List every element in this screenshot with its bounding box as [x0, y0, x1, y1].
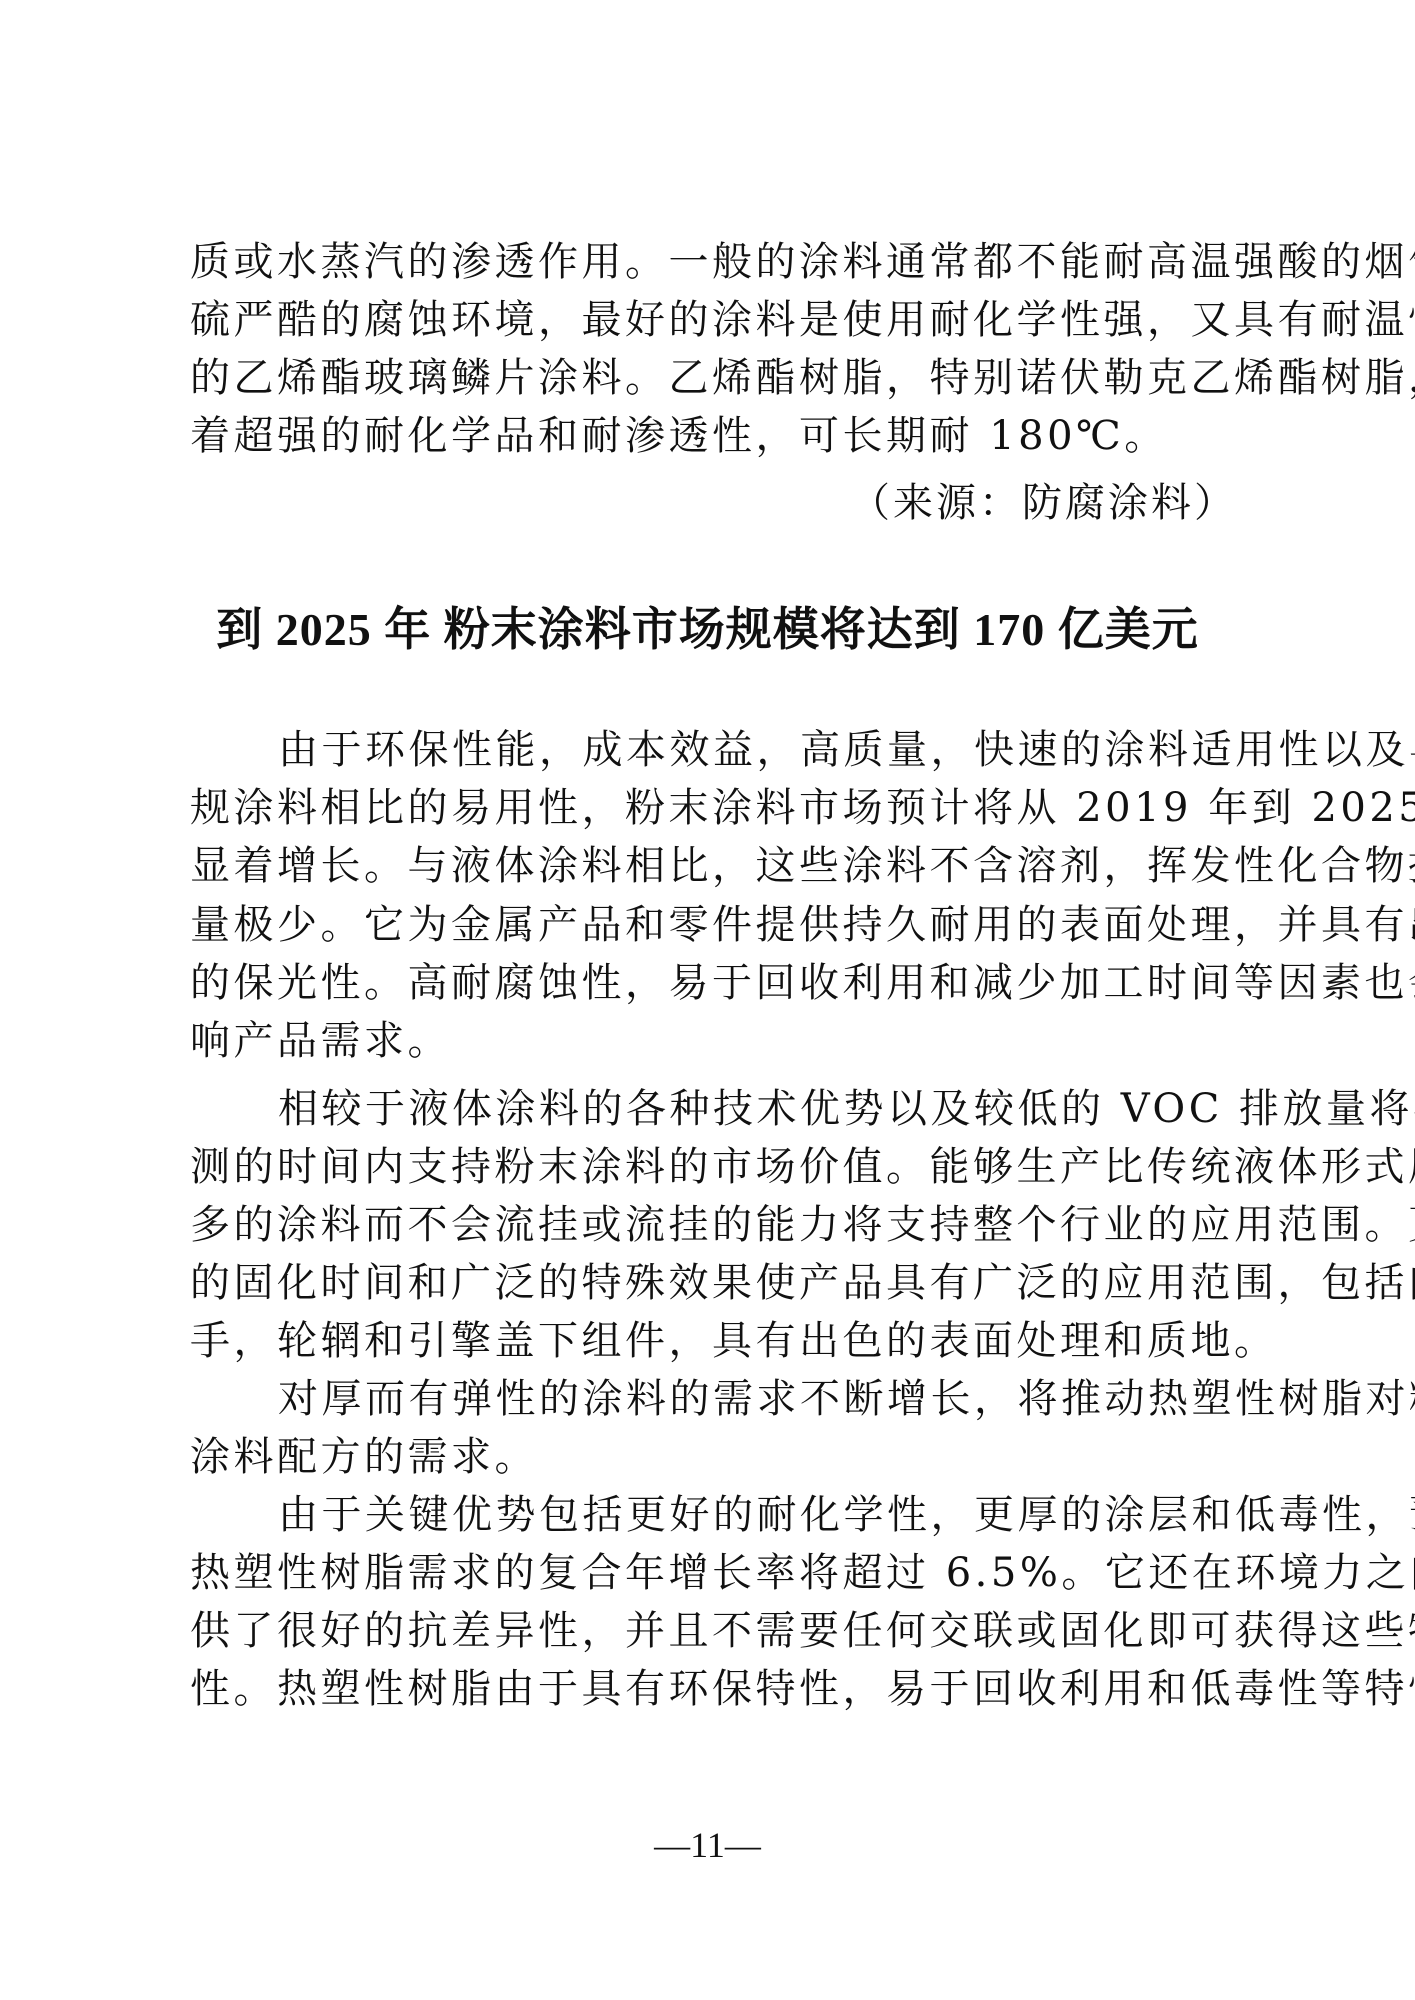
- paragraph-line: 的保光性。高耐腐蚀性，易于回收利用和减少加工时间等因素也会影: [190, 954, 1240, 1012]
- paragraph-line: 由于关键优势包括更好的耐化学性，更厚的涂层和低毒性，预计: [190, 1486, 1240, 1544]
- page-number: —11—: [0, 1825, 1415, 1865]
- paragraph-line: 涂料配方的需求。: [190, 1428, 1240, 1486]
- paragraph-line: 响产品需求。: [190, 1012, 1240, 1070]
- document-page: 质或水蒸汽的渗透作用。一般的涂料通常都不能耐高温强酸的烟气脱 硫严酷的腐蚀环境，…: [0, 0, 1415, 2000]
- paragraph-line: 供了很好的抗差异性，并且不需要任何交联或固化即可获得这些特: [190, 1602, 1240, 1660]
- paragraph-line: 的乙烯酯玻璃鳞片涂料。乙烯酯树脂，特别诺伏勒克乙烯酯树脂，有: [190, 349, 1240, 407]
- paragraph-line: 由于环保性能，成本效益，高质量，快速的涂料适用性以及与常: [190, 721, 1240, 779]
- paragraph-line: 相较于液体涂料的各种技术优势以及较低的 VOC 排放量将在预: [190, 1080, 1240, 1138]
- paragraph-line: 手，轮辋和引擎盖下组件，具有出色的表面处理和质地。: [190, 1312, 1240, 1370]
- paragraph-line: 硫严酷的腐蚀环境，最好的涂料是使用耐化学性强，又具有耐温性能: [190, 291, 1240, 349]
- paragraph-line: 测的时间内支持粉末涂料的市场价值。能够生产比传统液体形式厚得: [190, 1138, 1240, 1196]
- article-title: 到 2025 年 粉末涂料市场规模将达到 170 亿美元: [0, 600, 1415, 660]
- paragraph-line: 性。热塑性树脂由于具有环保特性，易于回收利用和低毒性等特性，: [190, 1660, 1240, 1718]
- paragraph-line: 量极少。它为金属产品和零件提供持久耐用的表面处理，并具有出色: [190, 896, 1240, 954]
- paragraph-line: 显着增长。与液体涂料相比，这些涂料不含溶剂，挥发性化合物排放: [190, 837, 1240, 895]
- paragraph-line: 对厚而有弹性的涂料的需求不断增长，将推动热塑性树脂对粉末: [190, 1370, 1240, 1428]
- paragraph-line: 多的涂料而不会流挂或流挂的能力将支持整个行业的应用范围。更快: [190, 1196, 1240, 1254]
- source-attribution: （来源：防腐涂料）: [850, 474, 1237, 532]
- paragraph-line: 规涂料相比的易用性，粉末涂料市场预计将从 2019 年到 2025 年实现: [190, 779, 1240, 837]
- paragraph-line: 质或水蒸汽的渗透作用。一般的涂料通常都不能耐高温强酸的烟气脱: [190, 233, 1240, 291]
- paragraph-line: 的固化时间和广泛的特殊效果使产品具有广泛的应用范围，包括门把: [190, 1254, 1240, 1312]
- paragraph-line: 热塑性树脂需求的复合年增长率将超过 6.5%。它还在环境力之间提: [190, 1544, 1240, 1602]
- paragraph-line: 着超强的耐化学品和耐渗透性，可长期耐 180℃。: [190, 407, 1240, 465]
